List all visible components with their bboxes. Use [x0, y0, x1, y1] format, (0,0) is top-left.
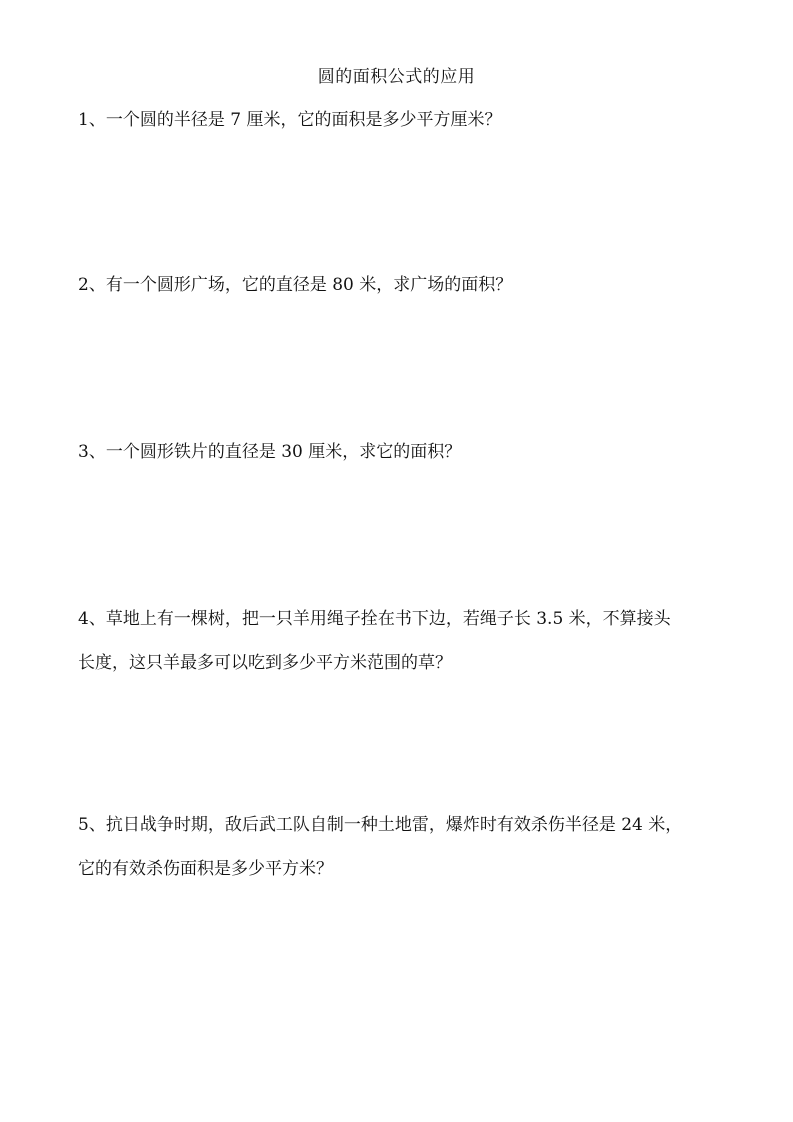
- question-text: 1、一个圆的半径是 7 厘米，它的面积是多少平方厘米？: [78, 107, 728, 133]
- question-5: 5、抗日战争时期，敌后武工队自制一种土地雷，爆炸时有效杀伤半径是 24 米， 它…: [78, 812, 728, 882]
- question-text-line-2: 它的有效杀伤面积是多少平方米？: [78, 856, 728, 882]
- question-text: 3、一个圆形铁片的直径是 30 厘米，求它的面积？: [78, 439, 728, 465]
- question-2: 2、有一个圆形广场，它的直径是 80 米，求广场的面积？: [78, 272, 728, 298]
- worksheet-page: 圆的面积公式的应用 1、一个圆的半径是 7 厘米，它的面积是多少平方厘米？ 2、…: [0, 0, 793, 1122]
- question-text-line-2: 长度，这只羊最多可以吃到多少平方米范围的草？: [78, 650, 728, 676]
- question-text: 2、有一个圆形广场，它的直径是 80 米，求广场的面积？: [78, 272, 728, 298]
- page-title: 圆的面积公式的应用: [0, 64, 793, 90]
- question-4: 4、草地上有一棵树，把一只羊用绳子拴在书下边，若绳子长 3.5 米，不算接头 长…: [78, 606, 728, 676]
- question-1: 1、一个圆的半径是 7 厘米，它的面积是多少平方厘米？: [78, 107, 728, 133]
- question-text-line-1: 5、抗日战争时期，敌后武工队自制一种土地雷，爆炸时有效杀伤半径是 24 米，: [78, 812, 728, 838]
- question-3: 3、一个圆形铁片的直径是 30 厘米，求它的面积？: [78, 439, 728, 465]
- question-text-line-1: 4、草地上有一棵树，把一只羊用绳子拴在书下边，若绳子长 3.5 米，不算接头: [78, 606, 728, 632]
